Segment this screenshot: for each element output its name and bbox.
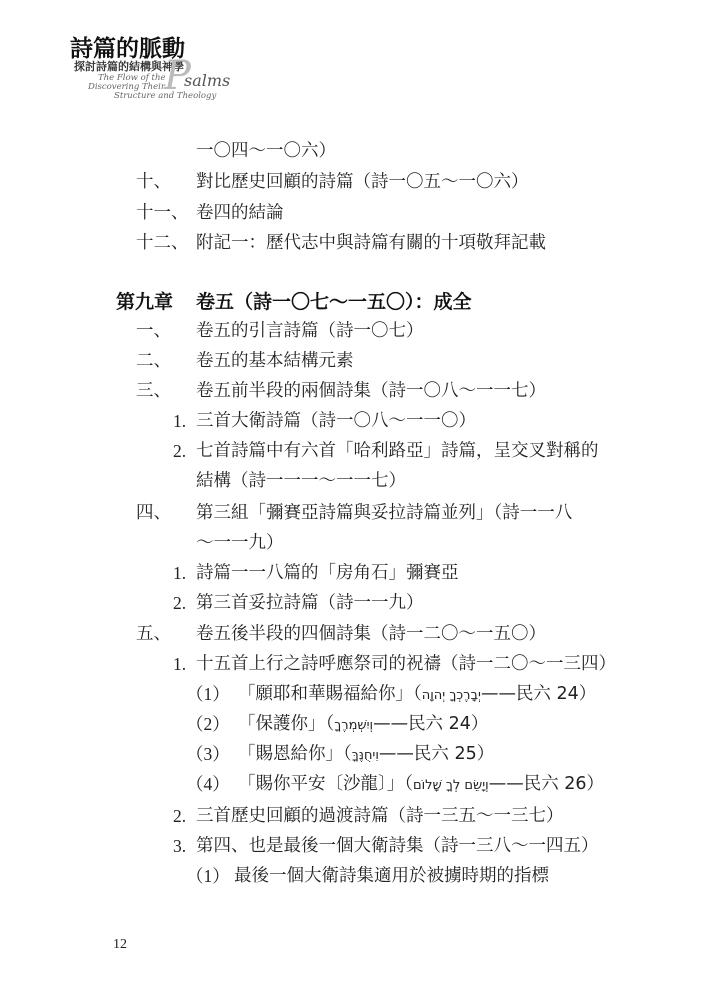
scripture-reference: ——民六 26） — [489, 774, 604, 794]
toc-entry-text: 卷五後半段的四個詩集（詩一二〇～一五〇） — [196, 623, 546, 645]
toc-entry-text: 卷五的引言詩篇（詩一〇七） — [196, 320, 424, 342]
english-title-line3: Structure and Theology — [114, 91, 216, 101]
toc-entry-text: 十五首上行之詩呼應祭司的祝禱（詩一二〇～一三四） — [196, 653, 616, 675]
toc-entry-text: 附記一：歷代志中與詩篇有關的十項敬拜記載 — [196, 232, 546, 254]
toc-entry-text: 七首詩篇中有六首「哈利路亞」詩篇，呈交叉對稱的 — [196, 440, 599, 462]
toc-entry-text: 「保護你」（וְיִשְׁמְרֶךָ——民六 24） — [238, 713, 488, 737]
toc-entry-text: 對比歷史回顧的詩篇（詩一〇五～一〇六） — [196, 171, 529, 193]
blessing-phrase: 「賜你平安〔沙龍〕」（ — [238, 774, 413, 794]
toc-entry-number: 十二、 — [136, 232, 189, 254]
toc-entry-text: 最後一個大衛詩集適用於被擄時期的指標 — [234, 865, 549, 887]
blessing-phrase: 「願耶和華賜福給你」（ — [238, 684, 422, 704]
toc-entry-number: （2） — [186, 713, 230, 735]
toc-entry-text-continued: ～一一九） — [196, 532, 284, 554]
hebrew-text: וִיחֻנֶּךָּ — [352, 748, 379, 763]
toc-entry-text: 第三首妥拉詩篇（詩一一九） — [196, 592, 424, 614]
hebrew-text: וְיִשְׁמְרֶךָ — [334, 718, 373, 733]
toc-entry-text: 卷五的基本結構元素 — [196, 350, 354, 372]
toc-entry-text: 「賜你平安〔沙龍〕」（וְיָשֵׂם לְךָ שָׁלוֹם——民六 26） — [238, 773, 604, 797]
toc-entry-text: 三首歷史回顧的過渡詩篇（詩一三五～一三七） — [196, 805, 564, 827]
toc-entry-number: （1） — [186, 865, 230, 887]
toc-entry-text: 「願耶和華賜福給你」（יְבָרֶכְךָ יְהוָה——民六 24） — [238, 683, 596, 707]
toc-entry-number: 十、 — [136, 171, 171, 193]
toc-entry-text: 卷四的結論 — [196, 202, 284, 224]
toc-entry-number: 一、 — [136, 320, 171, 342]
toc-entry-text-continued: 結構（詩一一一～一一七） — [196, 470, 406, 492]
toc-entry-text: 三首大衛詩篇（詩一〇八～一一〇） — [196, 410, 476, 432]
book-logo: 詩篇的脈動 探討詩篇的結構與神學 P The Flow of the Disco… — [68, 30, 228, 100]
scripture-reference: ——民六 24） — [481, 684, 596, 704]
toc-entry-number: 1. — [173, 653, 186, 675]
toc-entry-number: 二、 — [136, 350, 171, 372]
page-number: 12 — [113, 937, 127, 953]
toc-entry-number: 十一、 — [136, 202, 189, 224]
scripture-reference: ——民六 25） — [379, 744, 494, 764]
english-salms: salms — [184, 71, 230, 90]
blessing-phrase: 「賜恩給你」（ — [238, 744, 352, 764]
toc-entry-number: 五、 — [136, 623, 171, 645]
hebrew-text: יְבָרֶכְךָ יְהוָה — [422, 688, 481, 703]
toc-continuation: 一〇四～一〇六） — [196, 140, 336, 162]
toc-entry-number: 1. — [173, 410, 186, 432]
toc-entry-text: 卷五前半段的兩個詩集（詩一〇八～一一七） — [196, 380, 546, 402]
toc-entry-text: 第四、也是最後一個大衛詩集（詩一三八～一四五） — [196, 835, 599, 857]
toc-entry-number: （1） — [186, 683, 230, 705]
chapter-title: 卷五（詩一〇七～一五〇）：成全 — [196, 290, 472, 314]
toc-entry-number: （3） — [186, 743, 230, 765]
toc-entry-number: （4） — [186, 773, 230, 795]
blessing-phrase: 「保護你」（ — [238, 714, 334, 734]
toc-entry-number: 2. — [173, 440, 186, 462]
hebrew-text: וְיָשֵׂם לְךָ שָׁלוֹם — [413, 778, 489, 793]
chapter-label: 第九章 — [116, 290, 173, 314]
toc-entry-text: 詩篇一一八篇的「房角石」彌賽亞 — [196, 562, 459, 584]
toc-entry-number: 2. — [173, 805, 186, 827]
toc-entry-number: 1. — [173, 562, 186, 584]
toc-entry-number: 四、 — [136, 502, 171, 524]
scripture-reference: ——民六 24） — [373, 714, 488, 734]
toc-entry-number: 3. — [173, 835, 186, 857]
toc-entry-text: 第三組「彌賽亞詩篇與妥拉詩篇並列」（詩一一八 — [196, 502, 572, 524]
toc-entry-text: 「賜恩給你」（וִיחֻנֶּךָּ——民六 25） — [238, 743, 494, 767]
toc-entry-number: 三、 — [136, 380, 171, 402]
toc-entry-number: 2. — [173, 592, 186, 614]
